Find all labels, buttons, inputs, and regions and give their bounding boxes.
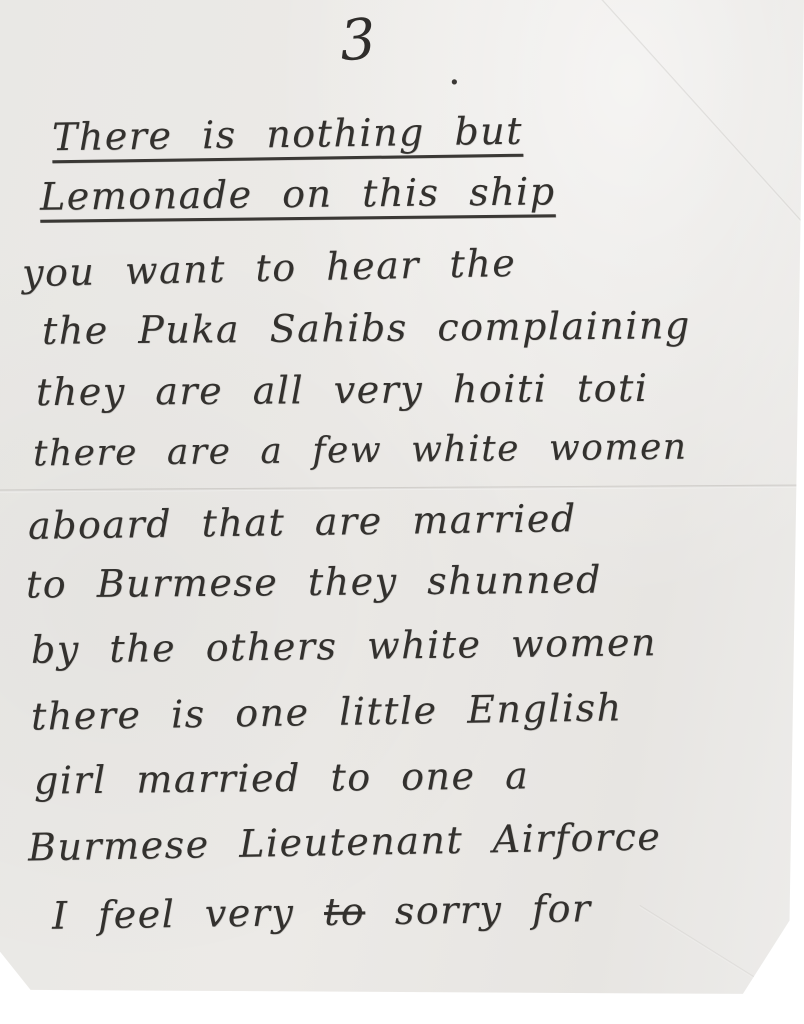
handwriting-line-8: to Burmese they shunned xyxy=(26,557,602,606)
handwriting-line-3: you want to hear the xyxy=(22,241,517,295)
handwriting-line-11: girl married to one a xyxy=(34,753,530,802)
handwriting-line-9: by the others white women xyxy=(31,620,657,672)
handwriting-line-13-pre: I feel very xyxy=(52,890,325,938)
handwriting-line-13: I feel very to sorry for xyxy=(52,886,592,938)
handwriting-line-2: Lemonade on this ship xyxy=(40,169,556,218)
handwriting-line-4: the Puka Sahibs complaining xyxy=(42,303,691,353)
fold-crease-top-right xyxy=(584,0,804,227)
handwriting-line-10: there is one little English xyxy=(31,685,623,738)
fold-crease-horizontal xyxy=(0,485,804,493)
scanned-letter-stage: 3 . There is nothing but Lemonade on thi… xyxy=(0,0,804,1024)
handwriting-line-7: aboard that are married xyxy=(28,496,577,548)
handwriting-line-5: they are all very hoiti toti xyxy=(36,366,649,414)
page-number-period: . xyxy=(448,48,461,94)
page-number: 3 xyxy=(338,7,378,74)
handwriting-line-13-post: sorry for xyxy=(365,886,592,933)
handwriting-line-6: there are a few white women xyxy=(33,427,688,475)
handwriting-line-12: Burmese Lieutenant Airforce xyxy=(28,814,662,869)
fold-crease-bottom-right xyxy=(639,905,801,1007)
letter-page: 3 . There is nothing but Lemonade on thi… xyxy=(0,0,804,1006)
handwriting-line-13-struck-word: to xyxy=(324,889,366,934)
handwriting-line-1: There is nothing but xyxy=(52,109,524,160)
